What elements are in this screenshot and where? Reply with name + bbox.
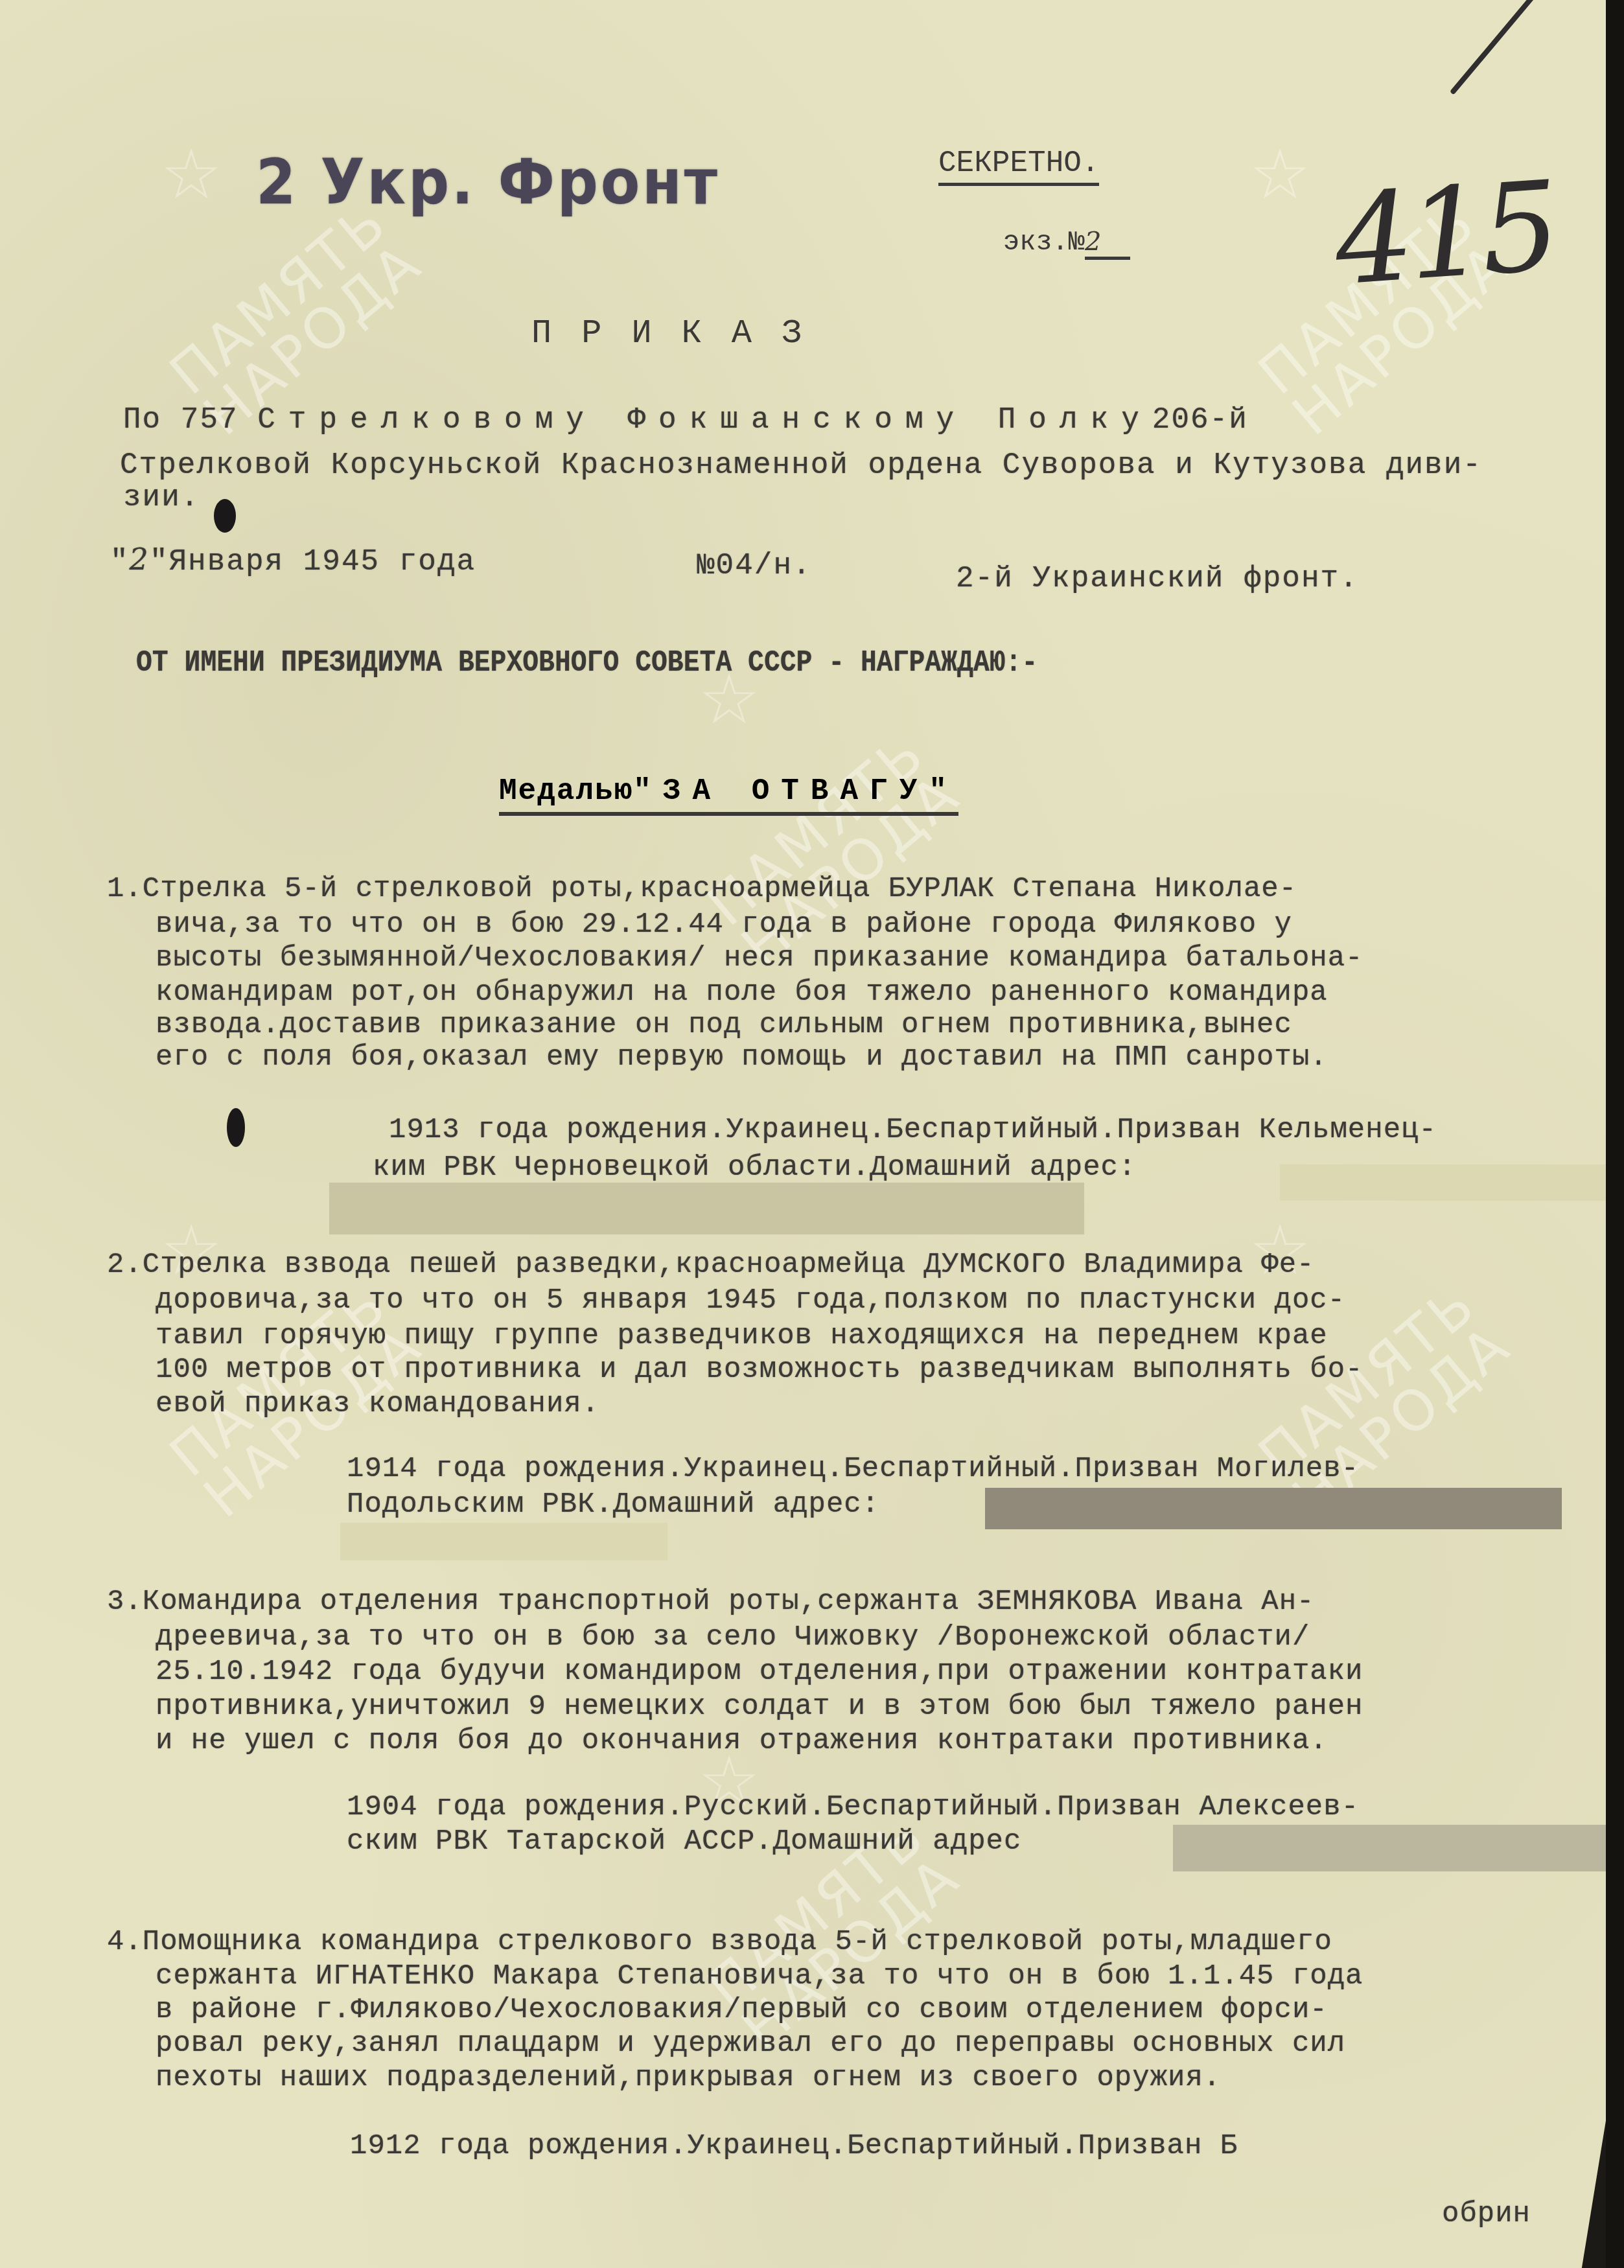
issuer-line-2: Стрелковой Корсуньской Краснознаменной о… <box>120 450 1482 480</box>
order-number: №04/н. <box>697 551 812 581</box>
entry-3-line-5: и не ушел с поля боя до окончания отраже… <box>156 1727 1328 1755</box>
award-name: Медалью"ЗА ОТВАГУ" <box>499 774 958 816</box>
entry-2-line-5: евой приказ командования. <box>156 1390 599 1418</box>
entry-4-line-5: пехоты наших подразделений,прикрывая огн… <box>156 2064 1221 2092</box>
scan-edge <box>1606 0 1624 2268</box>
entry-1-line-1: 1.Стрелка 5-й стрелковой роты,красноарме… <box>107 875 1297 903</box>
day-handwritten: 2 <box>130 542 150 577</box>
entry-3-bio-1: 1904 года рождения.Русский.Беспартийный.… <box>347 1793 1359 1822</box>
entry-2-line-4: 100 метров от противника и дал возможнос… <box>156 1356 1363 1384</box>
redacted-address <box>1280 1164 1610 1201</box>
entry-1-line-3: высоты безымянной/Чехословакия/ неся при… <box>156 944 1363 973</box>
entry-1-line-5: взвода.доставив приказание он под сильны… <box>156 1011 1292 1039</box>
copy-number-label: экз.№ <box>1003 227 1085 258</box>
ink-blot <box>227 1108 245 1147</box>
issuer-line-1: По 757 Стрелковому Фокшанскому Полку206-… <box>123 405 1248 435</box>
entry-1-line-6: его с поля боя,оказал ему первую помощь … <box>156 1043 1328 1072</box>
copy-number: экз.№2 <box>1003 227 1130 260</box>
entry-2-bio-2: Подольским РВК.Домашний адрес: <box>347 1490 879 1519</box>
redacted-address <box>329 1183 1084 1234</box>
preamble: ОТ ИМЕНИ ПРЕЗИДИУМА ВЕРХОВНОГО СОВЕТА СС… <box>136 648 1038 678</box>
pen-stroke <box>1450 0 1549 95</box>
entry-3-line-4: противника,уничтожил 9 немецких солдат и… <box>156 1693 1363 1721</box>
issuer-line-3: зии. <box>123 483 200 513</box>
copy-number-value: 2 <box>1085 227 1130 260</box>
entry-2-bio-1: 1914 года рождения.Украинец.Беспартийный… <box>347 1455 1359 1483</box>
entry-4-bio-1: 1912 года рождения.Украинец.Беспартийный… <box>350 2132 1238 2160</box>
entry-2-line-1: 2.Стрелка взвода пешей разведки,красноар… <box>107 1251 1315 1279</box>
date-line: "2"Января 1945 года <box>110 544 476 577</box>
entry-4-bio-2: обрин <box>1442 2200 1531 2228</box>
entry-1-bio-1: 1913 года рождения.Украинец.Беспартийный… <box>389 1116 1437 1144</box>
entry-1-line-4: командирам рот,он обнаружил на поле боя … <box>156 978 1328 1007</box>
page-title: ПРИКАЗ <box>531 314 831 353</box>
redacted-address <box>340 1523 667 1560</box>
entry-4-line-2: сержанта ИГНАТЕНКО Макара Степановича,за… <box>156 1962 1363 1991</box>
entry-3-line-1: 3.Командира отделения транспортной роты,… <box>107 1588 1315 1616</box>
front-stamp: 2 Укр. Фронт <box>256 146 720 218</box>
watermark-star-icon: ☆ <box>162 110 220 229</box>
watermark-star-icon: ☆ <box>1251 110 1309 229</box>
entry-3-line-3: 25.10.1942 года будучи командиром отделе… <box>156 1658 1363 1686</box>
entry-2-line-2: доровича,за то что он 5 января 1945 года… <box>156 1286 1345 1315</box>
entry-2-line-3: тавил горячую пищу группе разведчиков на… <box>156 1322 1328 1350</box>
entry-4-line-1: 4.Помощника командира стрелкового взвода… <box>107 1928 1332 1956</box>
classification-label: СЕКРЕТНО. <box>938 146 1099 186</box>
entry-1-bio-2: ким РВК Черновецкой области.Домашний адр… <box>373 1153 1136 1182</box>
entry-3-bio-2: ским РВК Татарской АССР.Домашний адрес <box>347 1827 1021 1856</box>
entry-3-line-2: дреевича,за то что он в бою за село Чижо… <box>156 1623 1310 1652</box>
redacted-address <box>985 1488 1562 1529</box>
entry-1-line-2: вича,за то что он в бою 29.12.44 года в … <box>156 910 1292 939</box>
front-name: 2-й Украинский фронт. <box>956 564 1359 594</box>
redacted-address <box>1173 1825 1620 1871</box>
entry-4-line-3: в районе г.Филяково/Чехословакия/первый … <box>156 1996 1328 2024</box>
date-text: Января 1945 года <box>169 545 476 579</box>
ink-blot <box>214 499 236 533</box>
entry-4-line-4: ровал реку,занял плацдарм и удерживал ег… <box>156 2030 1345 2058</box>
handwritten-sheet-number: 415 <box>1330 154 1559 312</box>
document-page: ☆ ПАМЯТЬНАРОДА ☆ ПАМЯТЬНАРОДА ☆ ПАМЯТЬНА… <box>0 0 1606 2268</box>
